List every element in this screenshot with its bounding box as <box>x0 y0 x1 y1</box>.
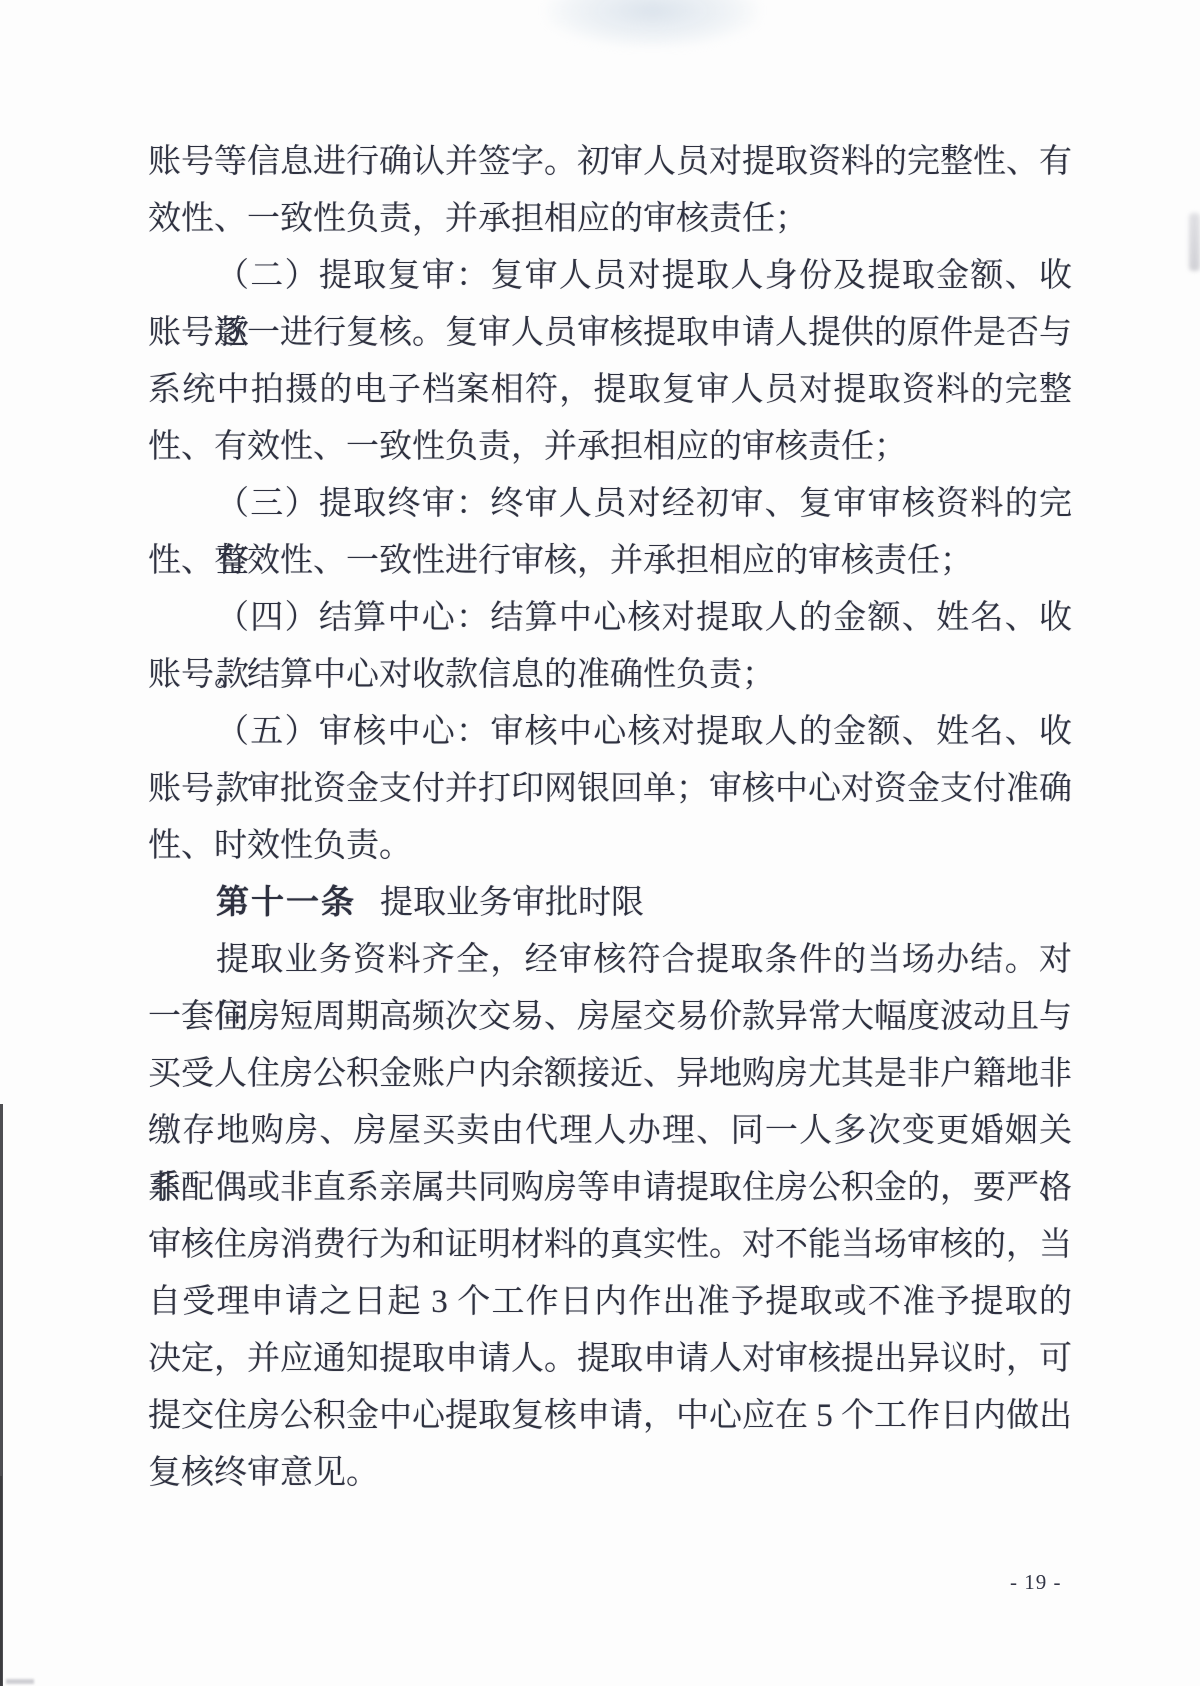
line-text: 自受理申请之日起 3 个工作日内作出准予提取或不准予提取的 <box>148 1284 1072 1320</box>
line-text: 效性、一致性负责，并承担相应的审核责任； <box>148 201 808 237</box>
body-text-line: 账号，审批资金支付并打印网银回单；审核中心对资金支付准确 <box>148 761 1072 818</box>
body-text-line: 买受人住房公积金账户内余额接近、异地购房尤其是非户籍地非 <box>148 1046 1072 1103</box>
line-text: 性、有效性、一致性负责，并承担相应的审核责任； <box>148 429 907 465</box>
line-text: 账号。结算中心对收款信息的准确性负责； <box>148 657 775 693</box>
body-text-line: 性、有效性、一致性进行审核，并承担相应的审核责任； <box>148 533 1072 590</box>
body-text-line: 效性、一致性负责，并承担相应的审核责任； <box>148 191 1072 248</box>
body-text-line: 系统中拍摄的电子档案相符，提取复审人员对提取资料的完整 <box>148 362 1072 419</box>
body-text-line: （二）提取复审：复审人员对提取人身份及提取金额、收款 <box>148 248 1072 305</box>
body-text-line: 提交住房公积金中心提取复核申请，中心应在 5 个工作日内做出 <box>148 1388 1072 1445</box>
body-text-line: （五）审核中心：审核中心核对提取人的金额、姓名、收款 <box>148 704 1072 761</box>
body-text-line: 性、时效性负责。 <box>148 818 1072 875</box>
article-title: 提取业务审批时限 <box>380 885 644 921</box>
body-text-line: 账号等信息进行确认并签字。初审人员对提取资料的完整性、有 <box>148 134 1072 191</box>
body-text-line: 账号。结算中心对收款信息的准确性负责； <box>148 647 1072 704</box>
line-text: 账号等信息进行确认并签字。初审人员对提取资料的完整性、有 <box>148 144 1072 180</box>
line-text: 复核终审意见。 <box>148 1455 379 1491</box>
line-text: 非配偶或非直系亲属共同购房等申请提取住房公积金的，要严格 <box>148 1170 1072 1206</box>
body-text-line: （三）提取终审：终审人员对经初审、复审审核资料的完整 <box>148 476 1072 533</box>
body-text-line: 自受理申请之日起 3 个工作日内作出准予提取或不准予提取的 <box>148 1274 1072 1331</box>
line-text: 性、时效性负责。 <box>148 828 412 864</box>
body-text-line: 账号逐一进行复核。复审人员审核提取申请人提供的原件是否与 <box>148 305 1072 362</box>
scan-artifact-bottom-left <box>6 1679 34 1684</box>
document-body: 账号等信息进行确认并签字。初审人员对提取资料的完整性、有效性、一致性负责，并承担… <box>148 134 1072 1502</box>
line-text: 账号逐一进行复核。复审人员审核提取申请人提供的原件是否与 <box>148 315 1072 351</box>
line-text: 账号，审批资金支付并打印网银回单；审核中心对资金支付准确 <box>148 771 1072 807</box>
line-text: 一套住房短周期高频次交易、房屋交易价款异常大幅度波动且与 <box>148 999 1072 1035</box>
body-text-line: 审核住房消费行为和证明材料的真实性。对不能当场审核的，当 <box>148 1217 1072 1274</box>
body-text-line: （四）结算中心：结算中心核对提取人的金额、姓名、收款 <box>148 590 1072 647</box>
line-text: 系统中拍摄的电子档案相符，提取复审人员对提取资料的完整 <box>148 372 1072 408</box>
body-text-line: 非配偶或非直系亲属共同购房等申请提取住房公积金的，要严格 <box>148 1160 1072 1217</box>
body-text-line: 缴存地购房、房屋买卖由代理人办理、同一人多次变更婚姻关系、 <box>148 1103 1072 1160</box>
body-text-line: 复核终审意见。 <box>148 1445 1072 1502</box>
line-text: 性、有效性、一致性进行审核，并承担相应的审核责任； <box>148 543 973 579</box>
line-text: 审核住房消费行为和证明材料的真实性。对不能当场审核的，当 <box>148 1227 1072 1263</box>
scan-smudge-top <box>545 0 760 48</box>
body-text-line: 决定，并应通知提取申请人。提取申请人对审核提出异议时，可 <box>148 1331 1072 1388</box>
article-number: 第十一条 <box>216 885 356 921</box>
page-number: - 19 - <box>1010 1570 1062 1595</box>
body-text-line: 性、有效性、一致性负责，并承担相应的审核责任； <box>148 419 1072 476</box>
line-text: 决定，并应通知提取申请人。提取申请人对审核提出异议时，可 <box>148 1341 1072 1377</box>
scan-artifact-left-edge <box>0 1104 3 1686</box>
line-text: 提交住房公积金中心提取复核申请，中心应在 5 个工作日内做出 <box>148 1398 1072 1434</box>
scan-artifact-right-edge <box>1189 213 1200 271</box>
body-text-line: 提取业务资料齐全，经审核符合提取条件的当场办结。对同 <box>148 932 1072 989</box>
article-heading-line: 第十一条提取业务审批时限 <box>148 875 1072 932</box>
line-text: 买受人住房公积金账户内余额接近、异地购房尤其是非户籍地非 <box>148 1056 1072 1092</box>
body-text-line: 一套住房短周期高频次交易、房屋交易价款异常大幅度波动且与 <box>148 989 1072 1046</box>
document-page: 账号等信息进行确认并签字。初审人员对提取资料的完整性、有效性、一致性负责，并承担… <box>0 0 1200 1686</box>
